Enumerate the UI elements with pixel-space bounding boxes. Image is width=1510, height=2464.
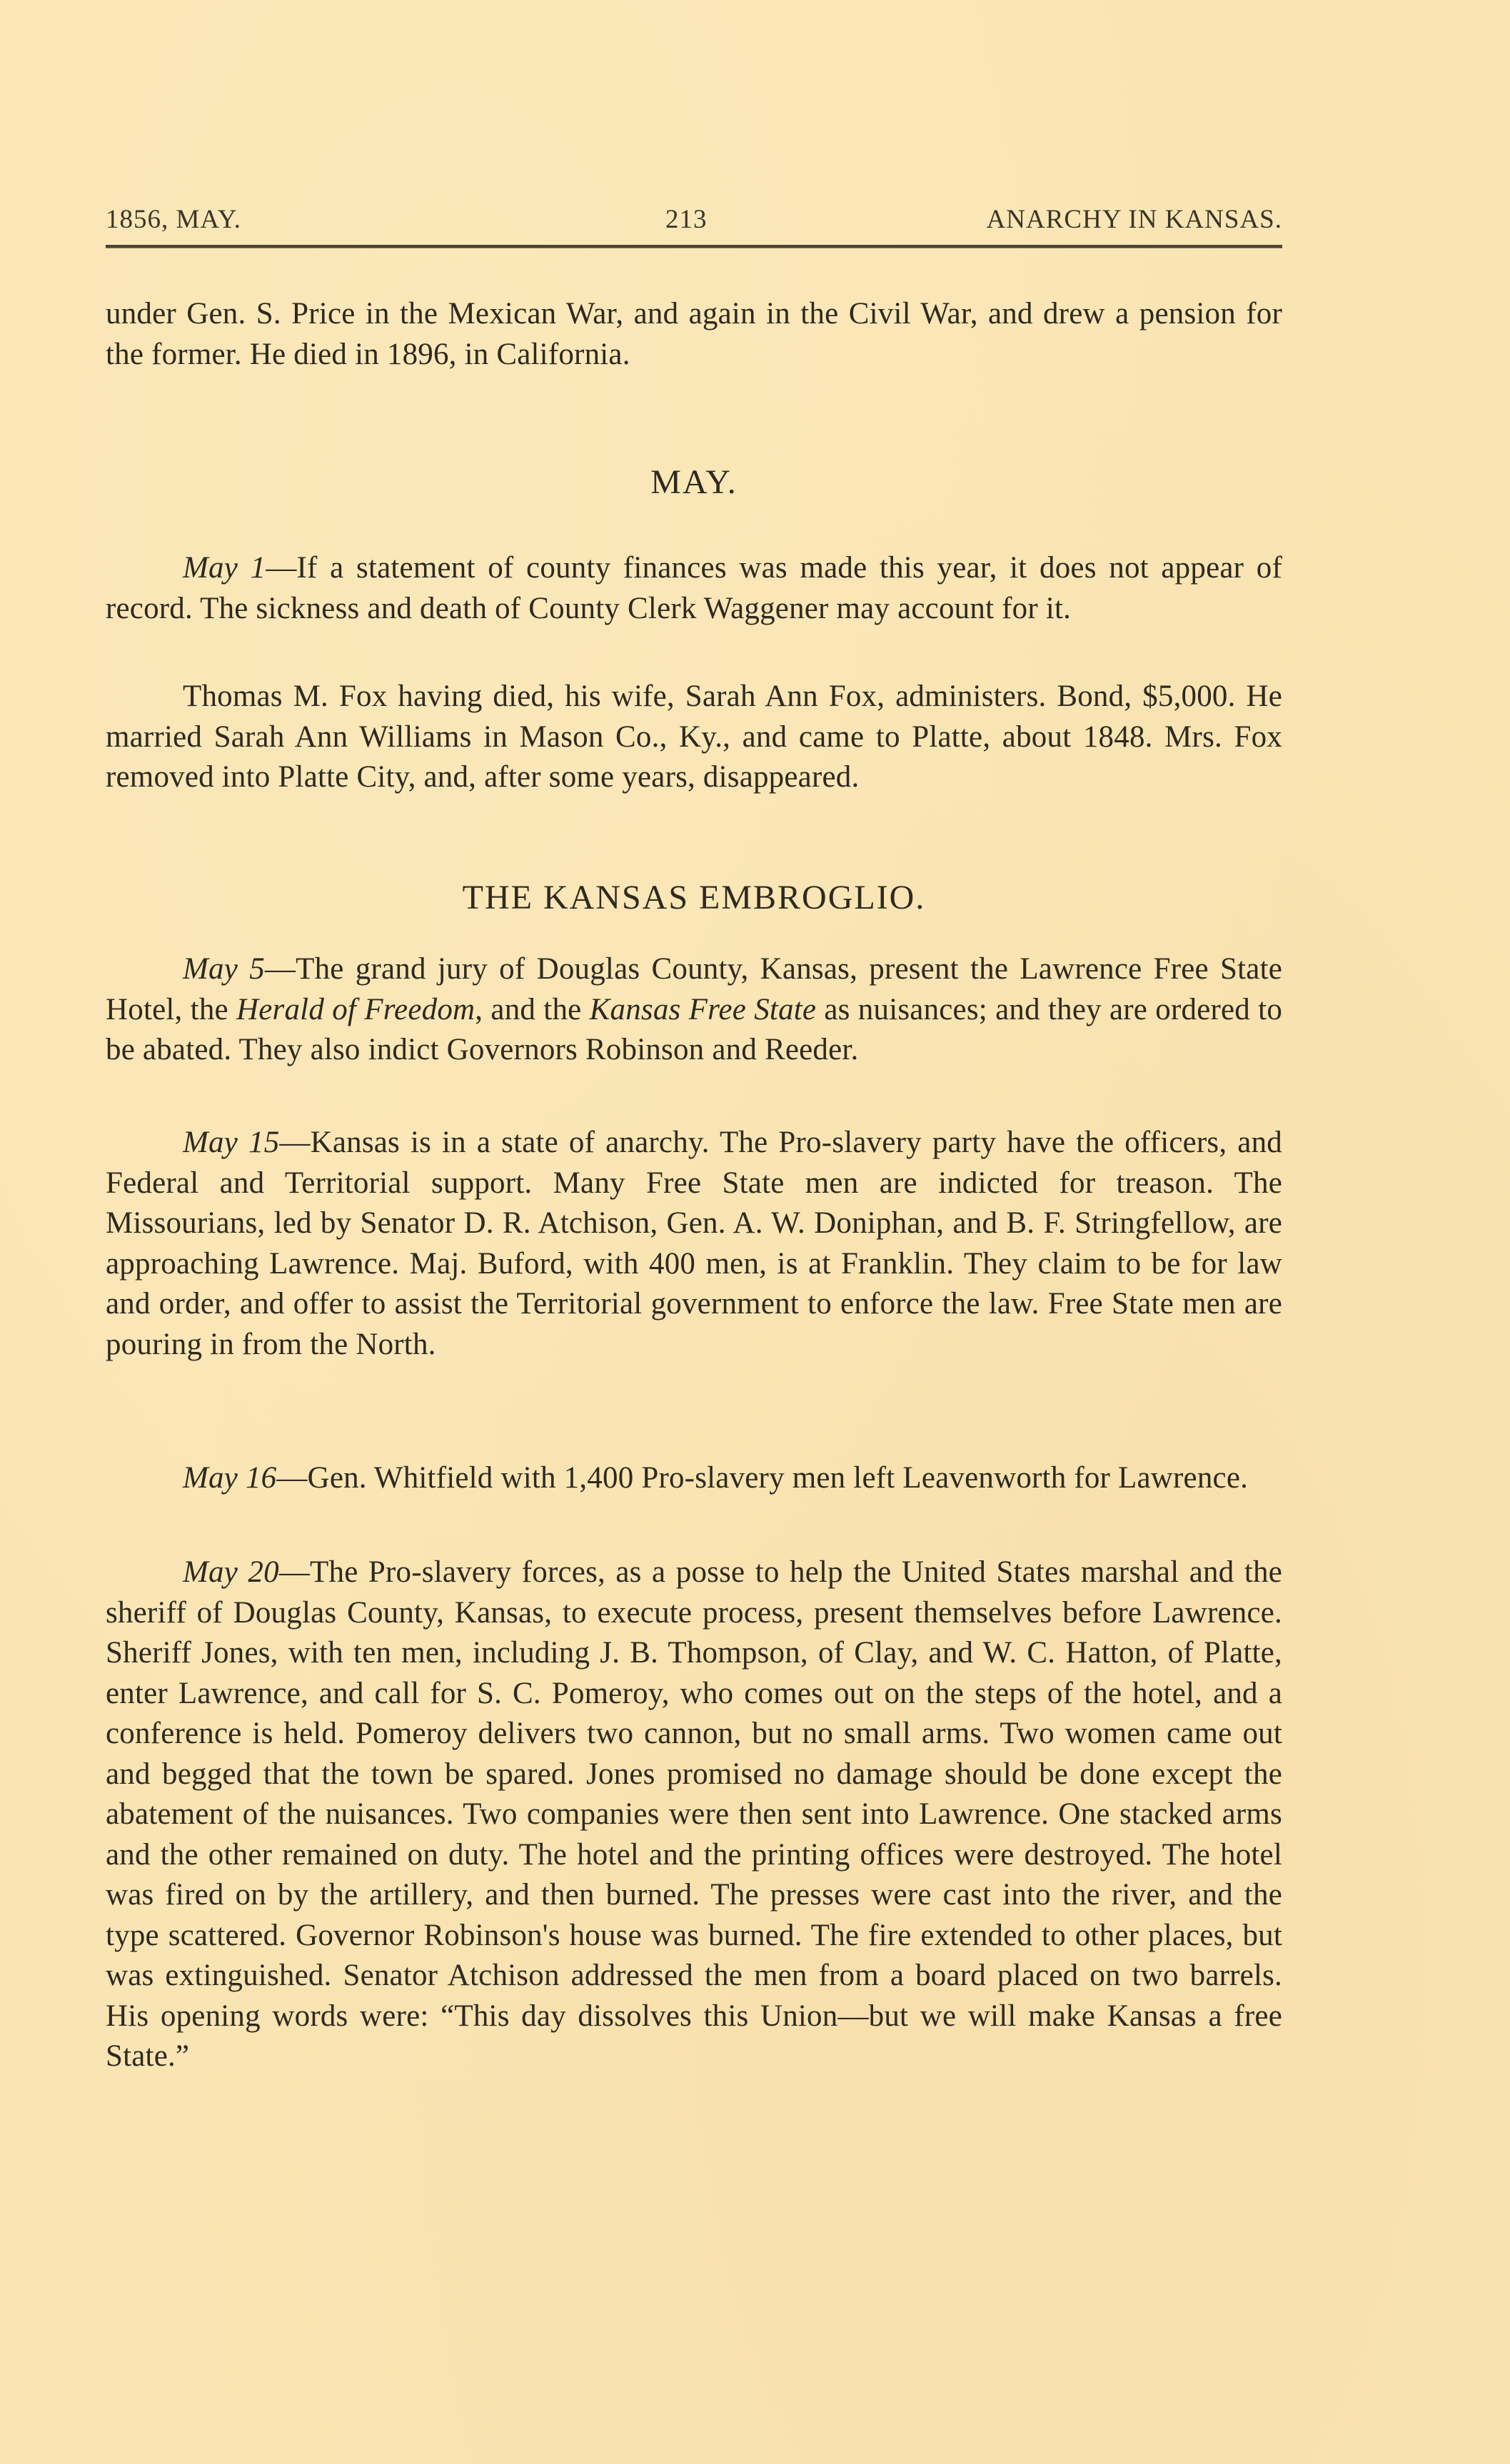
fox-text: Thomas M. Fox having died, his wife, Sar… (106, 677, 1282, 798)
fox-paragraph: Thomas M. Fox having died, his wife, Sar… (106, 677, 1282, 798)
continuation-text: under Gen. S. Price in the Mexican War, … (106, 294, 1282, 375)
newspaper-title-herald-of-freedom: Herald of Freedom (236, 993, 475, 1026)
entry-text: —Gen. Whitfield with 1,400 Pro-slavery m… (276, 1461, 1248, 1495)
entry-paragraph: May 5—The grand jury of Douglas County, … (106, 949, 1282, 1071)
entry-text: —Kansas is in a state of anarchy. The Pr… (106, 1126, 1282, 1361)
running-head: 1856, MAY. 213 ANARCHY IN KANSAS. (106, 204, 1282, 247)
entry-may-1: May 1—If a statement of county finances … (106, 548, 1282, 629)
continuation-paragraph: under Gen. S. Price in the Mexican War, … (106, 294, 1282, 375)
entry-paragraph: May 16—Gen. Whitfield with 1,400 Pro-sla… (106, 1458, 1282, 1499)
entry-date: May 15 (183, 1126, 279, 1159)
running-head-date: 1856, MAY. (106, 204, 241, 235)
entry-may-15: May 15—Kansas is in a state of anarchy. … (106, 1123, 1282, 1365)
entry-text: —The Pro-slavery forces, as a posse to h… (106, 1555, 1282, 2073)
page-number: 213 (665, 204, 708, 235)
entry-text: , and the (475, 993, 589, 1026)
entry-may-20: May 20—The Pro-slavery forces, as a poss… (106, 1552, 1282, 2077)
entry-date: May 20 (183, 1555, 279, 1589)
newspaper-title-kansas-free-state: Kansas Free State (590, 993, 817, 1026)
entry-date: May 1 (183, 551, 266, 585)
section-heading-may: MAY. (106, 463, 1282, 502)
entry-paragraph: May 20—The Pro-slavery forces, as a poss… (106, 1552, 1282, 2077)
entry-text: —If a statement of county finances was m… (106, 551, 1282, 625)
entry-paragraph: May 1—If a statement of county finances … (106, 548, 1282, 629)
entry-may-16: May 16—Gen. Whitfield with 1,400 Pro-sla… (106, 1458, 1282, 1499)
header-rule-divider (106, 245, 1282, 248)
section-heading-kansas-embroglio: THE KANSAS EMBROGLIO. (106, 878, 1282, 917)
entry-paragraph: May 15—Kansas is in a state of anarchy. … (106, 1123, 1282, 1365)
entry-may-5: May 5—The grand jury of Douglas County, … (106, 949, 1282, 1071)
running-head-title: ANARCHY IN KANSAS. (987, 204, 1282, 235)
entry-date: May 5 (183, 952, 265, 986)
entry-date: May 16 (183, 1461, 276, 1495)
